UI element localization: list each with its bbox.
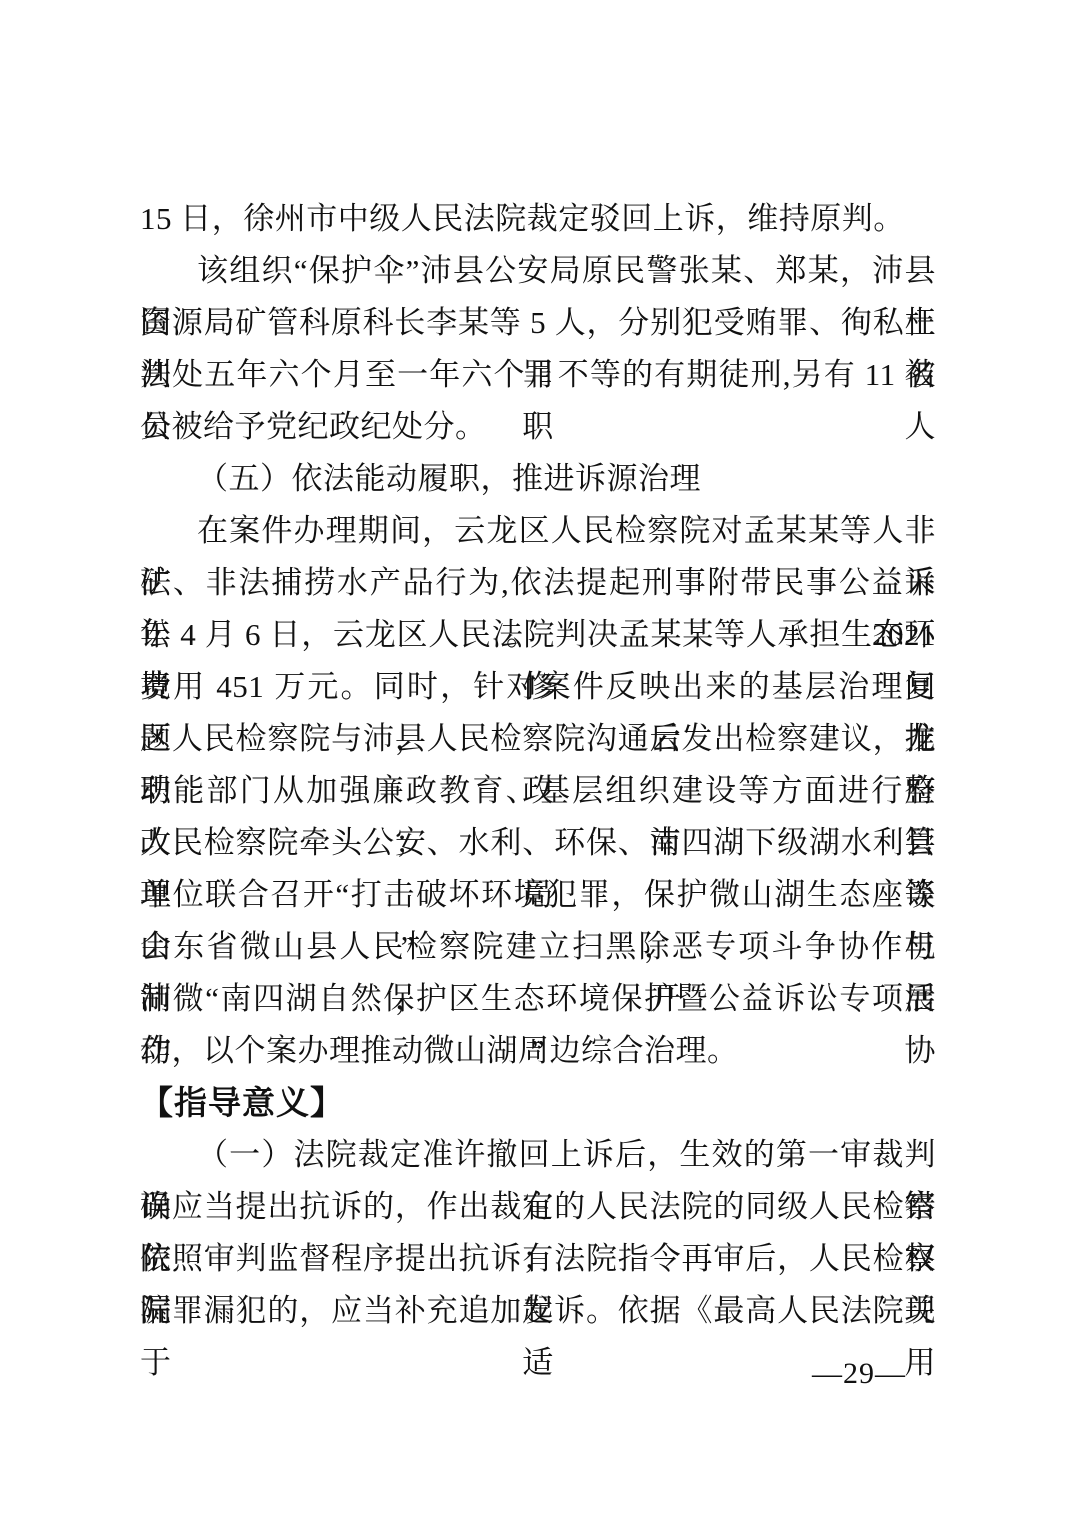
text-line: 在案件办理期间，云龙区人民检察院对孟某某等人非法采 [140, 505, 936, 557]
text-line: 单位联合召开“打击破坏环境犯罪，保护微山湖生态座谈会”，与 [140, 869, 936, 921]
text-line: 资源局矿管科原科长李某等 5 人，分别犯受贿罪、徇私枉法罪被 [140, 297, 936, 349]
text-line: 矿、非法捕捞水产品行为,依法提起刑事附带民事公益诉讼。2021 [140, 557, 936, 609]
text-line: 山东省微山县人民检察院建立扫黑除恶专项斗争协作机制，开展 [140, 921, 936, 973]
text-line: 人民检察院牵头公安、水利、环保、南四湖下级湖水利管理局等 [140, 817, 936, 869]
text-line: 年 4 月 6 日，云龙区人民法院判决孟某某等人承担生态环境修复 [140, 609, 936, 661]
text-line: 依照审判监督程序提出抗诉；法院指令再审后，人民检察院发现 [140, 1233, 936, 1285]
text-line: 漏罪漏犯的，应当补充追加起诉。依据《最高人民法院关于适用 [140, 1285, 936, 1337]
text-line: 判处五年六个月至一年六个月不等的有期徒刑,另有 11 名公职人 [140, 349, 936, 401]
text-block: 15 日，徐州市中级人民法院裁定驳回上诉，维持原判。 该组织“保护伞”沛县公安局… [140, 193, 936, 1337]
text-line: 该组织“保护伞”沛县公安局原民警张某、郑某，沛县国土 [140, 245, 936, 297]
text-line: （一）法院裁定准许撤回上诉后，生效的第一审裁判确有错 [140, 1129, 936, 1181]
text-line: 沛微“南四湖自然保护区生态环境保护暨公益诉讼专项活动”协 [140, 973, 936, 1025]
text-line: 15 日，徐州市中级人民法院裁定驳回上诉，维持原判。 [140, 193, 936, 245]
guidance-significance-heading: 【指导意义】 [140, 1077, 936, 1129]
text-line: 误应当提出抗诉的，作出裁定的人民法院的同级人民检察院有权 [140, 1181, 936, 1233]
document-page: 15 日，徐州市中级人民法院裁定驳回上诉，维持原判。 该组织“保护伞”沛县公安局… [0, 0, 1074, 1520]
text-line: 费用 451 万元。同时，针对案件反映出来的基层治理问题，云龙 [140, 661, 936, 713]
text-line: 职能部门从加强廉政教育、基层组织建设等方面进行整改；沛县 [140, 765, 936, 817]
page-number: —29— [812, 1352, 906, 1396]
text-line: 区人民检察院与沛县人民检察院沟通后发出检察建议，推动政府 [140, 713, 936, 765]
section-subheading: （五）依法能动履职，推进诉源治理 [140, 453, 936, 505]
